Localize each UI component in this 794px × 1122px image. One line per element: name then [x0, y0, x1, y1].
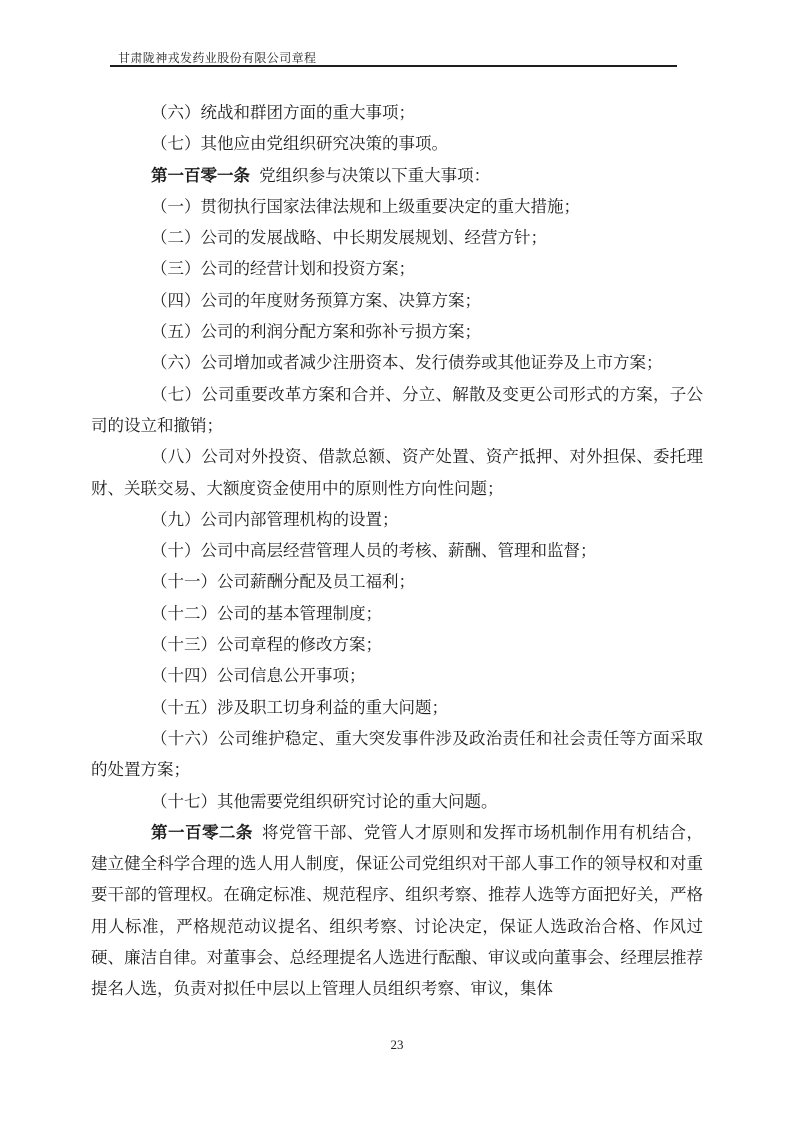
document-page: 甘肃陇神戎发药业股份有限公司章程 （六）统战和群团方面的重大事项；（七）其他应由… — [0, 0, 794, 1122]
header-divider-line — [110, 65, 677, 67]
paragraph: （十一）公司薪酬分配及员工福利； — [91, 566, 703, 597]
paragraph: （十三）公司章程的修改方案； — [91, 629, 703, 660]
paragraph: （五）公司的利润分配方案和弥补亏损方案； — [91, 316, 703, 347]
paragraph: （十四）公司信息公开事项； — [91, 660, 703, 691]
paragraph: 第一百零一条党组织参与决策以下重大事项： — [91, 160, 703, 191]
paragraph: （一）贯彻执行国家法律法规和上级重要决定的重大措施； — [91, 191, 703, 222]
paragraph: （七）公司重要改革方案和合并、分立、解散及变更公司形式的方案，子公司的设立和撤销… — [91, 379, 703, 442]
paragraph: （七）其他应由党组织研究决策的事项。 — [91, 128, 703, 159]
page-number: 23 — [0, 1037, 794, 1053]
paragraph: 第一百零二条将党管干部、党管人才原则和发挥市场机制作用有机结合，建立健全科学合理… — [91, 817, 703, 1005]
page-header-title: 甘肃陇神戎发药业股份有限公司章程 — [118, 49, 316, 66]
paragraph: （六）公司增加或者减少注册资本、发行债券或其他证券及上市方案； — [91, 347, 703, 378]
paragraph: （八）公司对外投资、借款总额、资产处置、资产抵押、对外担保、委托理财、关联交易、… — [91, 441, 703, 504]
paragraph: （十五）涉及职工切身利益的重大问题； — [91, 692, 703, 723]
paragraph: （四）公司的年度财务预算方案、决算方案； — [91, 285, 703, 316]
paragraph: （十六）公司维护稳定、重大突发事件涉及政治责任和社会责任等方面采取的处置方案； — [91, 723, 703, 786]
paragraph: （十七）其他需要党组织研究讨论的重大问题。 — [91, 786, 703, 817]
paragraph: （二）公司的发展战略、中长期发展规划、经营方针； — [91, 222, 703, 253]
paragraph: （三）公司的经营计划和投资方案； — [91, 253, 703, 284]
paragraph: （六）统战和群团方面的重大事项； — [91, 97, 703, 128]
paragraph: （九）公司内部管理机构的设置； — [91, 504, 703, 535]
document-body: （六）统战和群团方面的重大事项；（七）其他应由党组织研究决策的事项。第一百零一条… — [91, 97, 703, 1005]
paragraph: （十）公司中高层经营管理人员的考核、薪酬、管理和监督； — [91, 535, 703, 566]
article-number: 第一百零一条 — [151, 166, 250, 185]
paragraph: （十二）公司的基本管理制度； — [91, 598, 703, 629]
article-number: 第一百零二条 — [151, 823, 253, 842]
